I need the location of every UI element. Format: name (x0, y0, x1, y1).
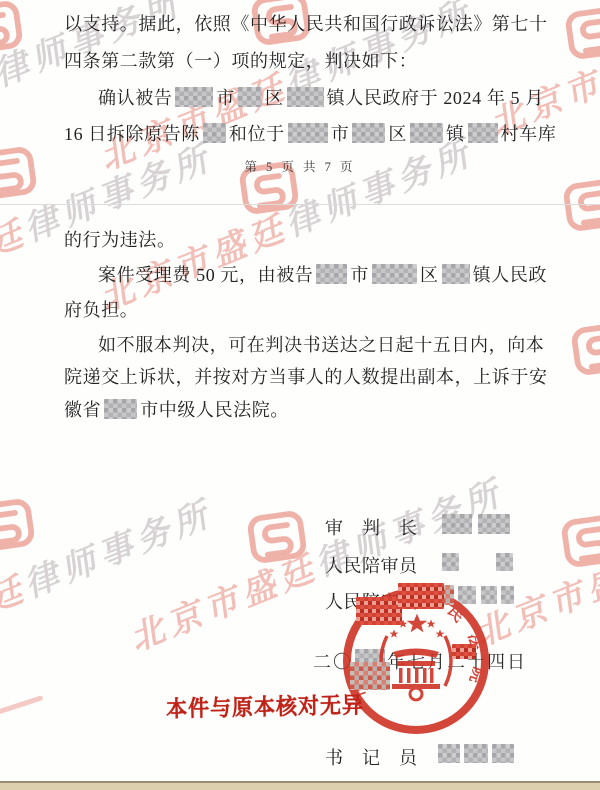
text-segment: 市 (216, 88, 235, 108)
text-segment: 市 (350, 265, 369, 285)
shengting-logo-icon (0, 496, 37, 554)
redaction-block (452, 644, 476, 659)
redaction-block (442, 553, 459, 571)
scan-edge-strip (0, 783, 600, 790)
text-segment: 区 (388, 124, 407, 144)
text-segment: 确认被告 (98, 88, 172, 108)
text-segment: 镇人民政府于 2024 年 5 月 (327, 88, 544, 108)
redaction-block (398, 583, 444, 609)
redaction-block (410, 123, 443, 143)
redaction-block (468, 123, 498, 143)
redaction-block (492, 744, 514, 763)
redaction-block (175, 87, 213, 107)
page-number: 第 5 页 共 7 页 (0, 157, 600, 175)
text-segment: 以支持。据此，依照《中华人民共和国行政诉讼法》第七十 (64, 14, 548, 34)
judgment-text-line: 府负担。 (64, 296, 138, 322)
redaction-block (501, 586, 514, 604)
judgment-text-line: 如不服本判决，可在判决书送达之日起十五日内，向本 (64, 331, 544, 357)
redaction-block (438, 744, 460, 763)
redaction-block (288, 123, 328, 143)
redaction-block (442, 264, 470, 284)
shengting-logo-icon (561, 176, 600, 234)
shengting-logo-icon (0, 0, 25, 56)
redaction-block (352, 123, 385, 143)
judgment-text-line: 徽省市中级人民法院。 (64, 396, 289, 422)
text-segment: 村车库 (501, 124, 557, 144)
text-segment: 如不服本判决，可在判决书送达之日起十五日内，向本 (98, 335, 544, 355)
redaction-block (464, 744, 488, 763)
certification-stamp: 本件与原本核对无异 (166, 688, 365, 724)
juror-label: 人民陪审员 (325, 552, 418, 578)
text-segment: 市中级人民法院。 (140, 400, 289, 420)
redaction-block (316, 264, 347, 284)
redaction-block (478, 514, 510, 534)
redaction-block (496, 553, 513, 571)
clerk-label: 书 记 员 (325, 744, 418, 770)
court-judgment-page: 北京市盛廷律师事务所 北京市盛廷律师事务所 北京市盛廷律师事务所 北京市盛廷律师… (0, 0, 600, 790)
shengting-logo-icon (559, 512, 600, 570)
judgment-text-line: 确认被告市区镇人民政府于 2024 年 5 月 (64, 84, 544, 110)
text-segment: 府负担。 (64, 300, 138, 320)
judgment-text-line: 院递交上诉状，并按对方当事人的人数提出副本，上诉于安 (64, 363, 548, 389)
text-segment: 16 日拆除原告陈 (64, 124, 200, 144)
watermark-fragment (0, 695, 44, 716)
text-segment: 案件受理费 50 元，由被告 (98, 265, 313, 285)
text-segment: 的行为违法。 (64, 230, 176, 250)
redaction-block (238, 87, 262, 107)
text-segment: 区 (265, 88, 284, 108)
redaction-block (203, 123, 226, 143)
text-segment: 四条第二款第（一）项的规定，判决如下： (64, 51, 417, 71)
redaction-block (104, 399, 137, 419)
text-segment: 市 (331, 124, 350, 144)
judgment-text-line: 以支持。据此，依照《中华人民共和国行政诉讼法》第七十 (64, 10, 548, 36)
shengting-logo-icon (569, 320, 600, 378)
judgment-text-line: 案件受理费 50 元，由被告市区镇人民政 (64, 261, 547, 287)
text-segment: 院递交上诉状，并按对方当事人的人数提出副本，上诉于安 (64, 367, 548, 387)
page-break-divider (0, 204, 600, 205)
judgment-text-line: 四条第二款第（一）项的规定，判决如下： (64, 47, 417, 73)
text-segment: 镇人民政 (473, 265, 547, 285)
national-emblem-icon (381, 614, 451, 700)
redaction-block (442, 514, 472, 534)
text-segment: 徽省 (64, 400, 101, 420)
shengting-logo-icon (563, 4, 600, 62)
text-segment: 镇 (446, 124, 465, 144)
redaction-block (372, 264, 417, 284)
redaction-block (287, 87, 324, 107)
text-segment: 和位于 (229, 124, 285, 144)
redaction-block (350, 662, 390, 690)
text-segment: 区 (420, 265, 439, 285)
shengting-logo-icon (245, 508, 309, 566)
judgment-text-line: 16 日拆除原告陈和位于市区镇村车库 (64, 120, 556, 146)
judgment-text-line: 的行为违法。 (64, 226, 176, 252)
redaction-block (356, 597, 402, 625)
presiding-judge-label: 审 判 长 (325, 514, 418, 540)
